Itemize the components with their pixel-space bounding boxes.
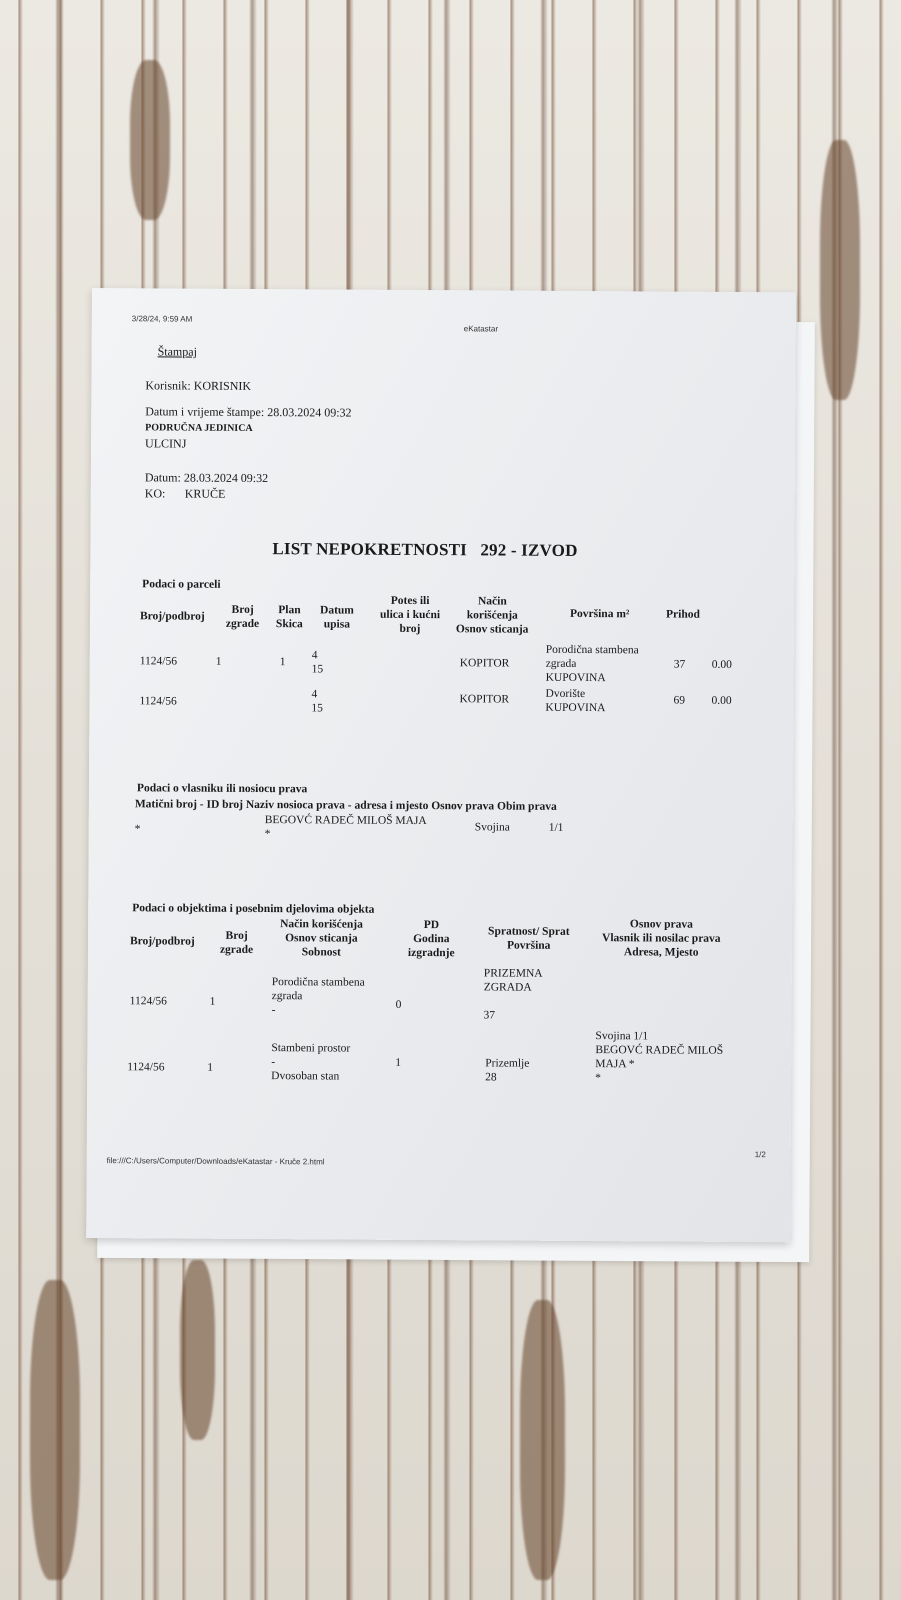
objects-col-vlasnik: Osnov prava Vlasnik ili nosilac prava Ad…: [602, 917, 721, 960]
parcel-datum: 4 15: [311, 687, 323, 715]
wood-texture: [180, 1260, 215, 1440]
object-pd: 0: [396, 998, 402, 1012]
parcel-povrsina: 37: [674, 658, 686, 672]
owner-maticni: *: [135, 822, 141, 836]
objects-col-sprat: Spratnost/ Sprat Površina: [488, 924, 570, 952]
parcel-potes: KOPITOR: [460, 656, 510, 670]
objects-col-pd: PD Godina izgradnje: [408, 918, 455, 960]
owner-section-heading: Podaci o vlasniku ili nosiocu prava: [137, 782, 307, 795]
objects-col-zgrada: Broj zgrade: [220, 929, 253, 957]
owner-osnov: Svojina: [475, 820, 510, 834]
date-line: Datum: 28.03.2024 09:32: [145, 470, 268, 486]
user-line: Korisnik: KORISNIK: [145, 378, 251, 394]
objects-col-broj: Broj/podbroj: [130, 934, 195, 948]
owner-columns: Matični broj - ID broj Naziv nosioca pra…: [135, 798, 557, 813]
document-page: 3/28/24, 9:59 AM eKatastar Štampaj Koris…: [86, 288, 796, 1242]
unit-label: PODRUČNA JEDINICA: [145, 422, 253, 434]
parcel-col-prihod: Prihod: [666, 608, 700, 622]
parcel-zgrada: 1: [216, 655, 222, 669]
objects-row: 1124/56 1 Porodična stambena zgrada - 0 …: [92, 288, 796, 292]
parcel-prihod: 0.00: [711, 694, 731, 708]
parcel-nacin: Dvorište KUPOVINA: [545, 687, 605, 715]
objects-col-nacin: Način korišćenja Osnov sticanja Sobnost: [280, 917, 363, 960]
ko-value: KRUČE: [185, 487, 226, 502]
wood-texture: [30, 1280, 80, 1580]
print-link[interactable]: Štampaj: [158, 344, 197, 359]
object-sprat: Prizemlje 28: [485, 1056, 529, 1084]
parcel-povrsina: 69: [673, 694, 685, 708]
wood-texture: [820, 140, 860, 400]
parcel-datum: 4 15: [312, 648, 324, 676]
parcel-row: 1124/56 4 15 KOPITOR Dvorište KUPOVINA 6…: [92, 288, 796, 292]
object-vlasnik: Svojina 1/1 BEGOVĆ RADEČ MILOŠ MAJA * *: [595, 1029, 723, 1086]
parcel-col-datum: Datum upisa: [320, 603, 354, 631]
parcel-prihod: 0.00: [712, 658, 732, 672]
ko-label: KO:: [145, 486, 166, 501]
object-pd: 1: [395, 1056, 401, 1070]
objects-row: 1124/56 1 Stambeni prostor - Dvosoban st…: [92, 288, 796, 292]
parcel-col-potes: Potes ili ulica i kućni broj: [380, 594, 440, 636]
parcel-col-plan: Plan Skica: [276, 603, 303, 631]
document-title: LIST NEPOKRETNOSTI 292 - IZVOD: [272, 539, 577, 561]
object-zgrada: 1: [210, 995, 216, 1009]
owner-naziv: BEGOVĆ RADEČ MILOŠ MAJA *: [265, 813, 427, 842]
object-nacin: Stambeni prostor - Dvosoban stan: [271, 1041, 350, 1083]
footer-page-number: 1/2: [755, 1150, 766, 1159]
objects-section-heading: Podaci o objektima i posebnim djelovima …: [132, 902, 374, 915]
site-title: eKatastar: [464, 324, 498, 333]
parcel-nacin: Porodična stambena zgrada KUPOVINA: [546, 643, 639, 686]
parcel-col-nacin: Način korišćenja Osnov sticanja: [456, 594, 529, 636]
parcel-row: 1124/56 1 1 4 15 KOPITOR Porodična stamb…: [92, 288, 796, 292]
wood-texture: [520, 1300, 565, 1580]
footer-file-path: file:///C:/Users/Computer/Downloads/eKat…: [107, 1156, 325, 1166]
wood-texture: [130, 60, 170, 220]
object-sprat: PRIZEMNA ZGRADA 37: [484, 966, 543, 1022]
parcel-col-zgrada: Broj zgrade: [226, 603, 259, 631]
object-broj: 1124/56: [127, 1060, 164, 1074]
parcel-broj: 1124/56: [140, 654, 177, 668]
parcel-col-povrsina: Površina m²: [570, 607, 629, 621]
object-zgrada: 1: [207, 1061, 213, 1075]
unit-value: ULCINJ: [145, 436, 186, 451]
owner-obim: 1/1: [549, 821, 564, 835]
parcel-section-heading: Podaci o parceli: [142, 578, 220, 590]
print-datetime-line: Datum i vrijeme štampe: 28.03.2024 09:32: [145, 404, 351, 420]
parcel-plan: 1: [280, 655, 286, 669]
parcel-col-broj: Broj/podbroj: [140, 609, 205, 623]
print-timestamp: 3/28/24, 9:59 AM: [132, 314, 193, 323]
parcel-potes: KOPITOR: [459, 692, 509, 706]
parcel-broj: 1124/56: [139, 694, 176, 708]
owner-row: * BEGOVĆ RADEČ MILOŠ MAJA * Svojina 1/1: [92, 288, 796, 292]
object-broj: 1124/56: [130, 994, 167, 1008]
object-nacin: Porodična stambena zgrada -: [272, 975, 365, 1018]
